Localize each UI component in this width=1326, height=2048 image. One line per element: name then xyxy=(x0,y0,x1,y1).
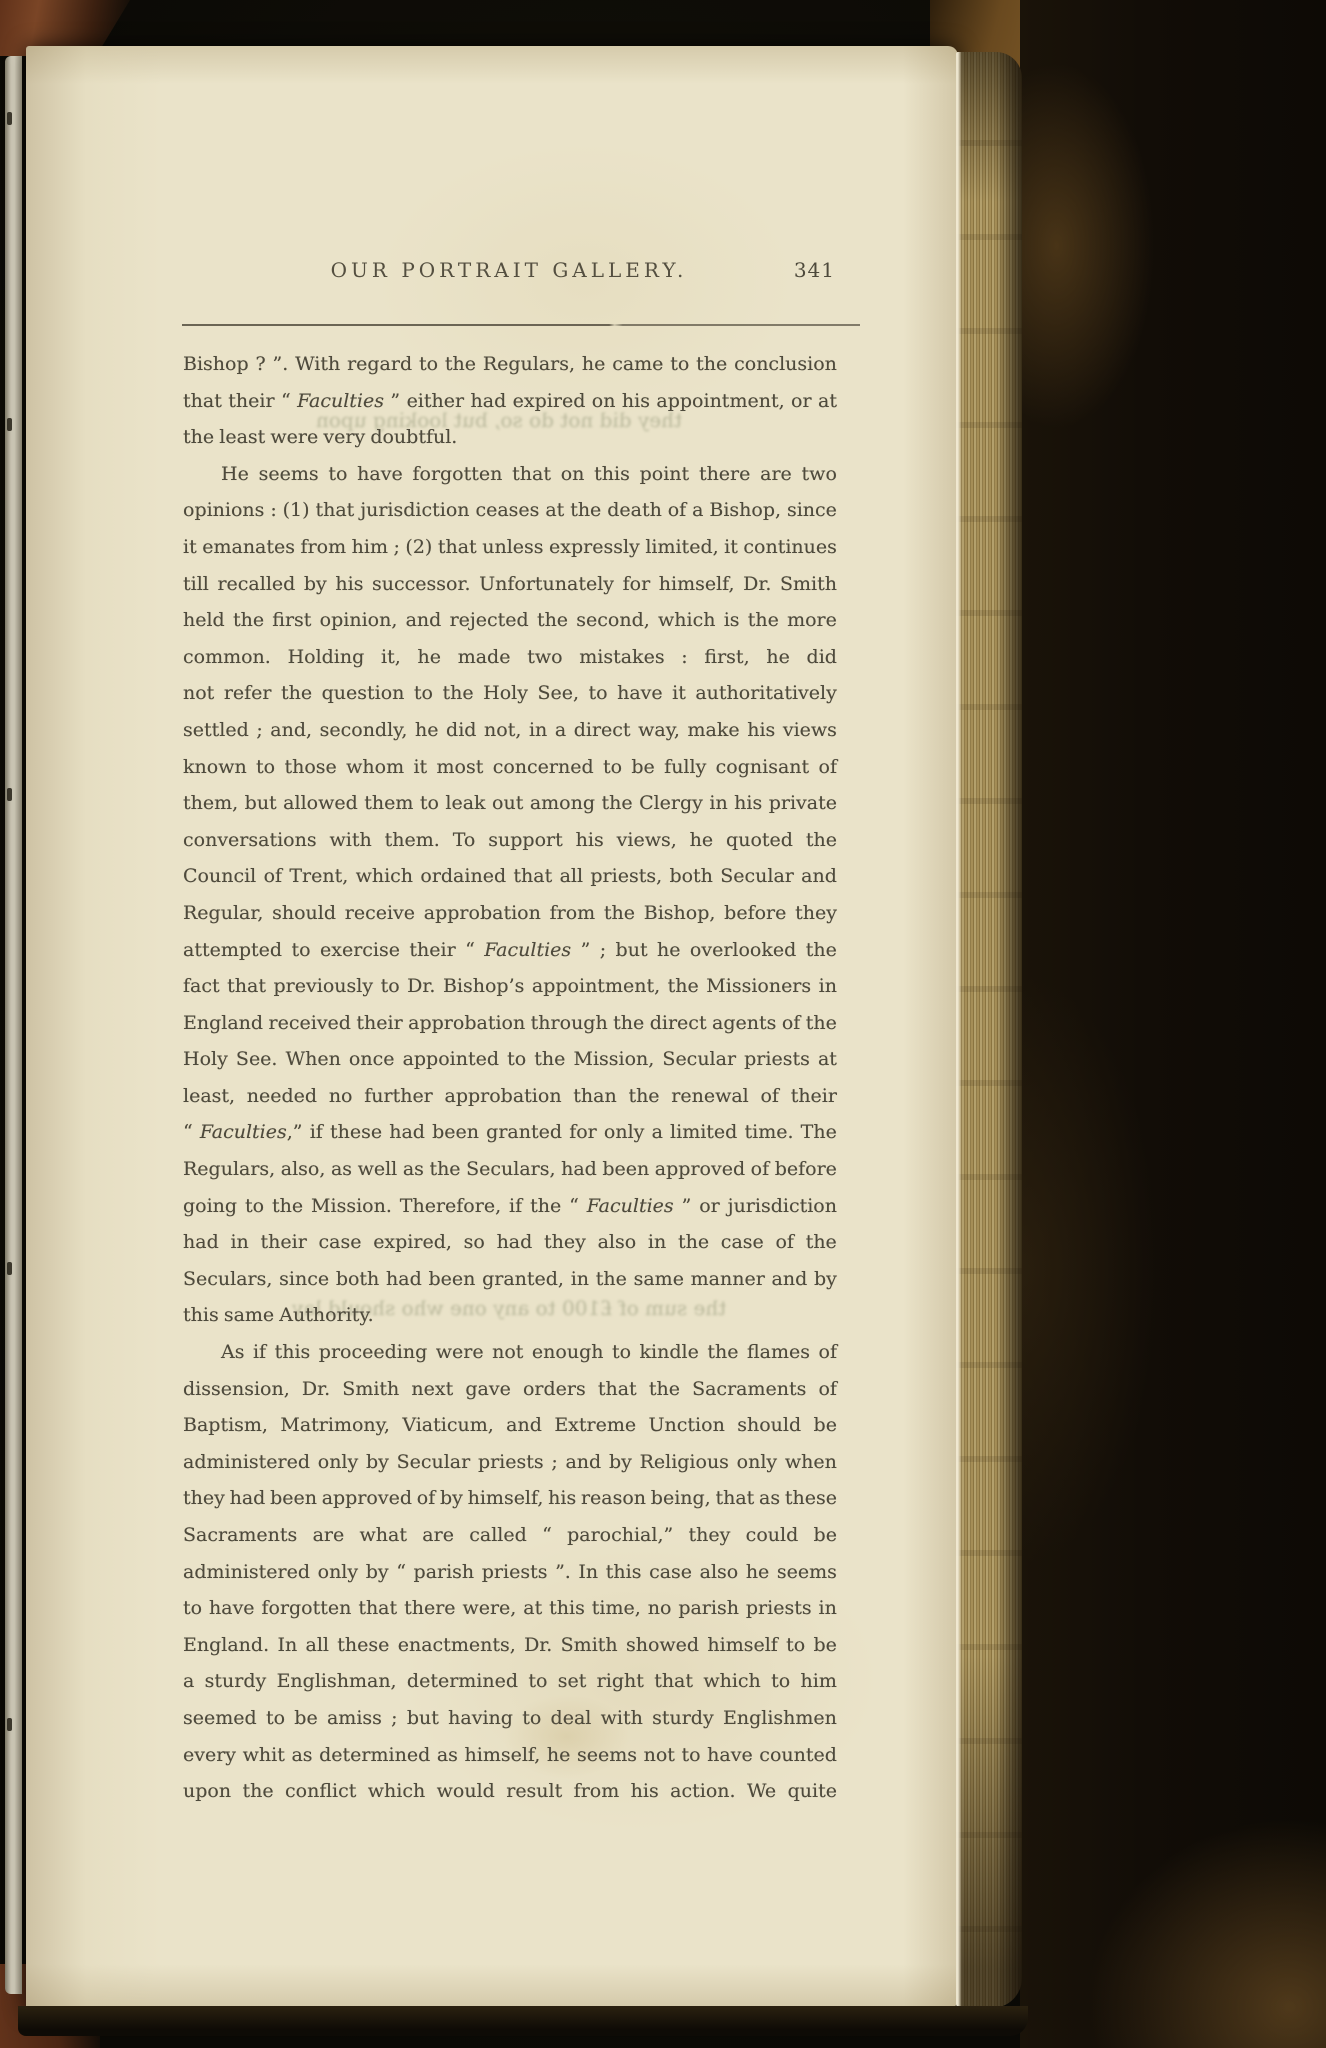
header-rule xyxy=(182,324,860,326)
text-line: them,butallowedthemtoleakoutamongtheCler… xyxy=(183,785,837,822)
text-line: thattheir“Faculties”eitherhadexpiredonhi… xyxy=(183,383,837,420)
text-line: Bishop?”.WithregardtotheRegulars,hecamet… xyxy=(183,346,837,383)
text-line: Asifthisproceedingwerenotenoughtokindlet… xyxy=(183,1334,837,1371)
text-line: administeredonlybySecularpriests;andbyRe… xyxy=(183,1444,837,1481)
page-fore-edge xyxy=(956,52,1022,2008)
text-line: thissameAuthority. xyxy=(183,1297,837,1334)
text-line: tillrecalledbyhissuccessor.Unfortunately… xyxy=(183,566,837,603)
text-line: everywhitasdeterminedashimself,heseemsno… xyxy=(183,1737,837,1774)
text-line: theleastwereverydoubtful. xyxy=(183,419,837,456)
text-line: opinions:(1)thatjurisdictionceasesatthed… xyxy=(183,492,837,529)
text-line: Regular,shouldreceiveapprobationfromtheB… xyxy=(183,895,837,932)
text-line: Seculars,sincebothhadbeengranted,inthesa… xyxy=(183,1261,837,1298)
text-line: attemptedtoexercisetheir“Faculties”;buth… xyxy=(183,932,837,969)
text-line: dissension,Dr.Smithnextgaveordersthatthe… xyxy=(183,1371,837,1408)
text-line: upontheconflictwhichwouldresultfromhisac… xyxy=(183,1773,837,1810)
text-line: CouncilofTrent,whichordainedthatallpries… xyxy=(183,858,837,895)
text-line: conversationswiththem.Tosupporthisviews,… xyxy=(183,822,837,859)
text-line: England.Inalltheseenactments,Dr.Smithsho… xyxy=(183,1627,837,1664)
text-line: HolySee.WhenonceappointedtotheMission,Se… xyxy=(183,1041,837,1078)
binding-tick xyxy=(7,1718,12,1731)
book-bottom-shadow xyxy=(18,2006,1028,2036)
text-line: goingtotheMission.Therefore,ifthe“Facult… xyxy=(183,1188,837,1225)
book-cover-right xyxy=(1020,0,1326,2048)
text-line: Heseemstohaveforgottenthatonthispointthe… xyxy=(183,456,837,493)
book-photo: OUR PORTRAIT GALLERY. 341 they did not d… xyxy=(0,0,1326,2048)
left-page-edges xyxy=(5,56,22,1994)
text-line: Baptism,Matrimony,Viaticum,andExtremeUnc… xyxy=(183,1407,837,1444)
text-line: Regulars,also,aswellastheSeculars,hadbee… xyxy=(183,1151,837,1188)
text-line: heldthefirstopinion,andrejectedthesecond… xyxy=(183,602,837,639)
text-line: Sacramentsarewhatarecalled“parochial,”th… xyxy=(183,1517,837,1554)
binding-tick xyxy=(7,112,12,125)
text-line: “Faculties,”ifthesehadbeengrantedforonly… xyxy=(183,1114,837,1151)
text-line: least,needednofurtherapprobationthanther… xyxy=(183,1078,837,1115)
binding-tick xyxy=(7,788,12,801)
text-line: settled;and,secondly,hedidnot,inadirectw… xyxy=(183,712,837,749)
text-line: administeredonlyby“parishpriests”.Inthis… xyxy=(183,1554,837,1591)
text-line: asturdyEnglishman,determinedtosetrightth… xyxy=(183,1663,837,1700)
running-title: OUR PORTRAIT GALLERY. xyxy=(183,258,835,282)
page-number: 341 xyxy=(794,258,835,282)
text-line: itemanatesfromhim;(2)thatunlessexpressly… xyxy=(183,529,837,566)
binding-tick xyxy=(7,1262,12,1275)
text-line: Englandreceivedtheirapprobationthroughth… xyxy=(183,1005,837,1042)
text-line: theyhadbeenapprovedofbyhimself,hisreason… xyxy=(183,1480,837,1517)
page-body: Bishop?”.WithregardtotheRegulars,hecamet… xyxy=(183,346,837,1810)
binding-tick xyxy=(7,418,12,431)
text-line: seemedtobeamiss;buthavingtodealwithsturd… xyxy=(183,1700,837,1737)
text-line: factthatpreviouslytoDr.Bishop’sappointme… xyxy=(183,968,837,1005)
book-page: OUR PORTRAIT GALLERY. 341 they did not d… xyxy=(26,46,958,2012)
text-line: hadintheircaseexpired,sohadtheyalsointhe… xyxy=(183,1224,837,1261)
page-header: OUR PORTRAIT GALLERY. 341 xyxy=(183,258,835,288)
text-line: tohaveforgottenthattherewere,atthistime,… xyxy=(183,1590,837,1627)
text-line: notreferthequestiontotheHolySee,tohaveit… xyxy=(183,675,837,712)
text-line: knowntothosewhomitmostconcernedtobefully… xyxy=(183,749,837,786)
text-line: common.Holdingit,hemadetwomistakes:first… xyxy=(183,639,837,676)
